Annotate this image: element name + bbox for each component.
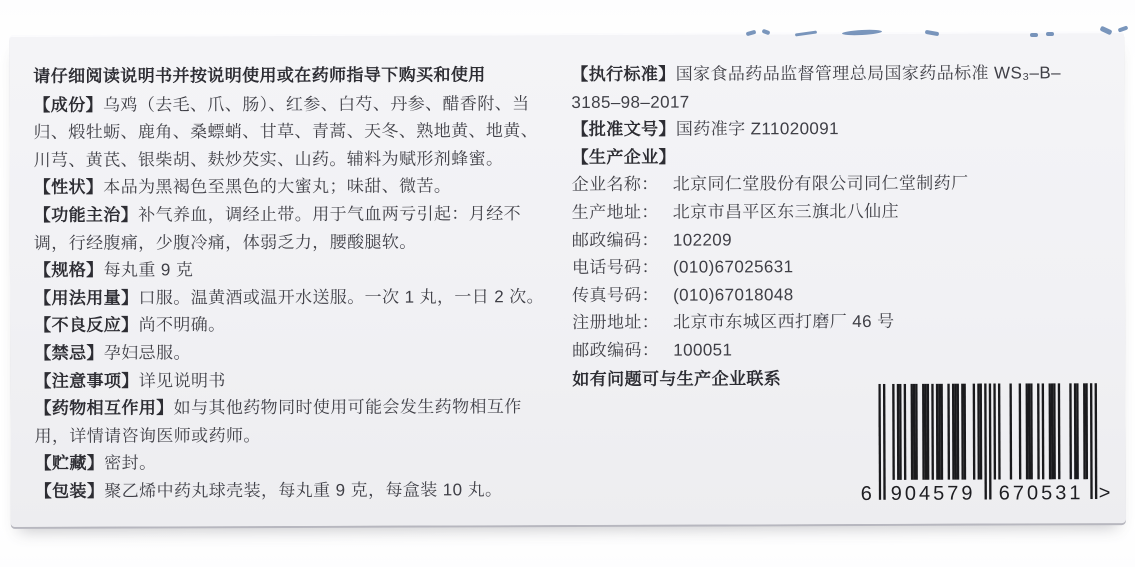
entry-adverse-reactions-text: 尚不明确。: [139, 316, 226, 335]
medicine-box-back-panel: 请仔细阅读说明书并按说明使用或在药师指导下购买和使用 【成份】乌鸡（去毛、爪、肠…: [9, 31, 1126, 527]
right-column: 【执行标准】国家食品药品监督管理总局国家药品标准 WS₃–B–3185–98–2…: [571, 59, 1120, 393]
field-production-address-value: 北京市昌平区东三旗北八仙庄: [673, 198, 899, 226]
entry-ingredients-label: 【成份】: [33, 95, 103, 114]
field-fax-number-value: (010)67018048: [673, 281, 794, 309]
entry-contraindications: 【禁忌】孕妇忌服。: [34, 338, 554, 367]
barcode-trailing-quiet-zone-mark: >: [1099, 482, 1111, 505]
entry-storage-text: 密封。: [104, 454, 156, 473]
field-production-address: 生产地址：北京市昌平区东三旗北八仙庄: [572, 197, 1120, 227]
field-postal-code-production: 邮政编码：102209: [572, 225, 1120, 255]
entry-approval-number-label: 【批准文号】: [571, 120, 675, 139]
field-phone-number-label: 电话号码：: [572, 254, 659, 282]
left-column: 请仔细阅读说明书并按说明使用或在药师指导下购买和使用 【成份】乌鸡（去毛、爪、肠…: [33, 61, 555, 505]
entry-adverse-reactions-label: 【不良反应】: [34, 316, 138, 335]
entry-precautions-label: 【注意事项】: [34, 371, 138, 390]
field-postal-code-registered-label: 邮政编码：: [572, 337, 659, 365]
barcode-right-group-digits: 670531: [999, 482, 1084, 505]
field-postal-code-registered-value: 100051: [673, 336, 732, 364]
barcode-left-group-digits: 904579: [891, 483, 976, 506]
photo-background: 请仔细阅读说明书并按说明使用或在药师指导下购买和使用 【成份】乌鸡（去毛、爪、肠…: [0, 0, 1135, 567]
field-registered-address-value: 北京市东城区西打磨厂 46 号: [673, 308, 894, 336]
read-instructions-notice: 请仔细阅读说明书并按说明使用或在药师指导下购买和使用: [33, 61, 553, 90]
entry-packaging: 【包装】聚乙烯中药丸球壳装，每丸重 9 克，每盒装 10 丸。: [35, 476, 555, 505]
field-postal-code-registered: 邮政编码：100051: [572, 335, 1120, 365]
entry-dosage-label: 【用法用量】: [34, 288, 138, 307]
entry-properties-label: 【性状】: [34, 178, 104, 197]
barcode-first-digit: 6: [861, 483, 875, 506]
entry-approval-number: 【批准文号】国药准字 Z11020091: [571, 114, 1119, 144]
entry-storage-label: 【贮藏】: [35, 454, 105, 473]
entry-dosage-text: 口服。温黄酒或温开水送服。一次 1 丸，一日 2 次。: [138, 287, 544, 307]
field-registered-address: 注册地址：北京市东城区西打磨厂 46 号: [572, 307, 1120, 337]
field-company-name: 企业名称：北京同仁堂股份有限公司同仁堂制药厂: [572, 169, 1120, 199]
entry-executive-standard: 【执行标准】国家食品药品监督管理总局国家药品标准 WS₃–B–3185–98–2…: [571, 59, 1119, 116]
entry-properties-text: 本品为黑褐色至黑色的大蜜丸；味甜、微苦。: [103, 177, 451, 197]
field-postal-code-production-label: 邮政编码：: [572, 226, 659, 254]
entry-indications: 【功能主治】补气养血，调经止带。用于气血两亏引起：月经不调，行经腹痛，少腹冷痛，…: [34, 200, 554, 257]
field-fax-number: 传真号码：(010)67018048: [572, 280, 1120, 310]
field-company-name-label: 企业名称：: [572, 171, 659, 199]
entry-manufacturer-heading: 【生产企业】: [572, 142, 1120, 172]
entry-storage: 【贮藏】密封。: [35, 448, 555, 477]
ink-mark: [1046, 32, 1054, 36]
entry-contraindications-text: 孕妇忌服。: [104, 343, 191, 362]
field-phone-number-value: (010)67025631: [673, 253, 794, 281]
entry-indications-label: 【功能主治】: [34, 205, 138, 224]
field-phone-number: 电话号码：(010)67025631: [572, 252, 1120, 282]
entry-adverse-reactions: 【不良反应】尚不明确。: [34, 310, 554, 339]
field-fax-number-label: 传真号码：: [572, 281, 659, 309]
field-postal-code-production-value: 102209: [673, 226, 732, 254]
entry-drug-interactions-label: 【药物相互作用】: [34, 399, 173, 418]
barcode: 6 904579 670531 >: [858, 383, 1116, 506]
field-registered-address-label: 注册地址：: [572, 309, 659, 337]
entry-precautions-text: 详见说明书: [139, 371, 226, 390]
executive-standard-bracket-label: 【执行标准】: [571, 65, 675, 84]
entry-ingredients: 【成份】乌鸡（去毛、爪、肠）、红参、白芍、丹参、醋香附、当归、煅牡蛎、鹿角、桑螵…: [33, 90, 553, 175]
field-company-name-value: 北京同仁堂股份有限公司同仁堂制药厂: [673, 170, 969, 199]
executive-standard-line1: 国家食品药品监督管理总局国家药品标准 WS₃–B–: [676, 63, 1061, 83]
entry-approval-number-text: 国药准字 Z11020091: [676, 119, 839, 139]
entry-specification-text: 每丸重 9 克: [104, 260, 194, 279]
entry-packaging-text: 聚乙烯中药丸球壳装，每丸重 9 克，每盒装 10 丸。: [104, 480, 502, 500]
entry-ingredients-text: 乌鸡（去毛、爪、肠）、红参、白芍、丹参、醋香附、当归、煅牡蛎、鹿角、桑螵蛸、甘草…: [33, 94, 538, 170]
field-production-address-label: 生产地址：: [572, 199, 659, 227]
entry-specification-label: 【规格】: [34, 261, 104, 280]
entry-dosage: 【用法用量】口服。温黄酒或温开水送服。一次 1 丸，一日 2 次。: [34, 283, 554, 312]
ink-mark: [1030, 33, 1038, 37]
entry-manufacturer-heading-label: 【生产企业】: [572, 147, 676, 166]
entry-packaging-label: 【包装】: [35, 482, 105, 501]
entry-precautions: 【注意事项】详见说明书: [34, 366, 554, 395]
entry-contraindications-label: 【禁忌】: [34, 344, 104, 363]
executive-standard-line2: 3185–98–2017: [571, 92, 689, 111]
entry-properties: 【性状】本品为黑褐色至黑色的大蜜丸；味甜、微苦。: [34, 172, 554, 201]
entry-drug-interactions: 【药物相互作用】如与其他药物同时使用可能会发生药物相互作用，详情请咨询医师或药师…: [34, 393, 554, 450]
entry-specification: 【规格】每丸重 9 克: [34, 255, 554, 284]
